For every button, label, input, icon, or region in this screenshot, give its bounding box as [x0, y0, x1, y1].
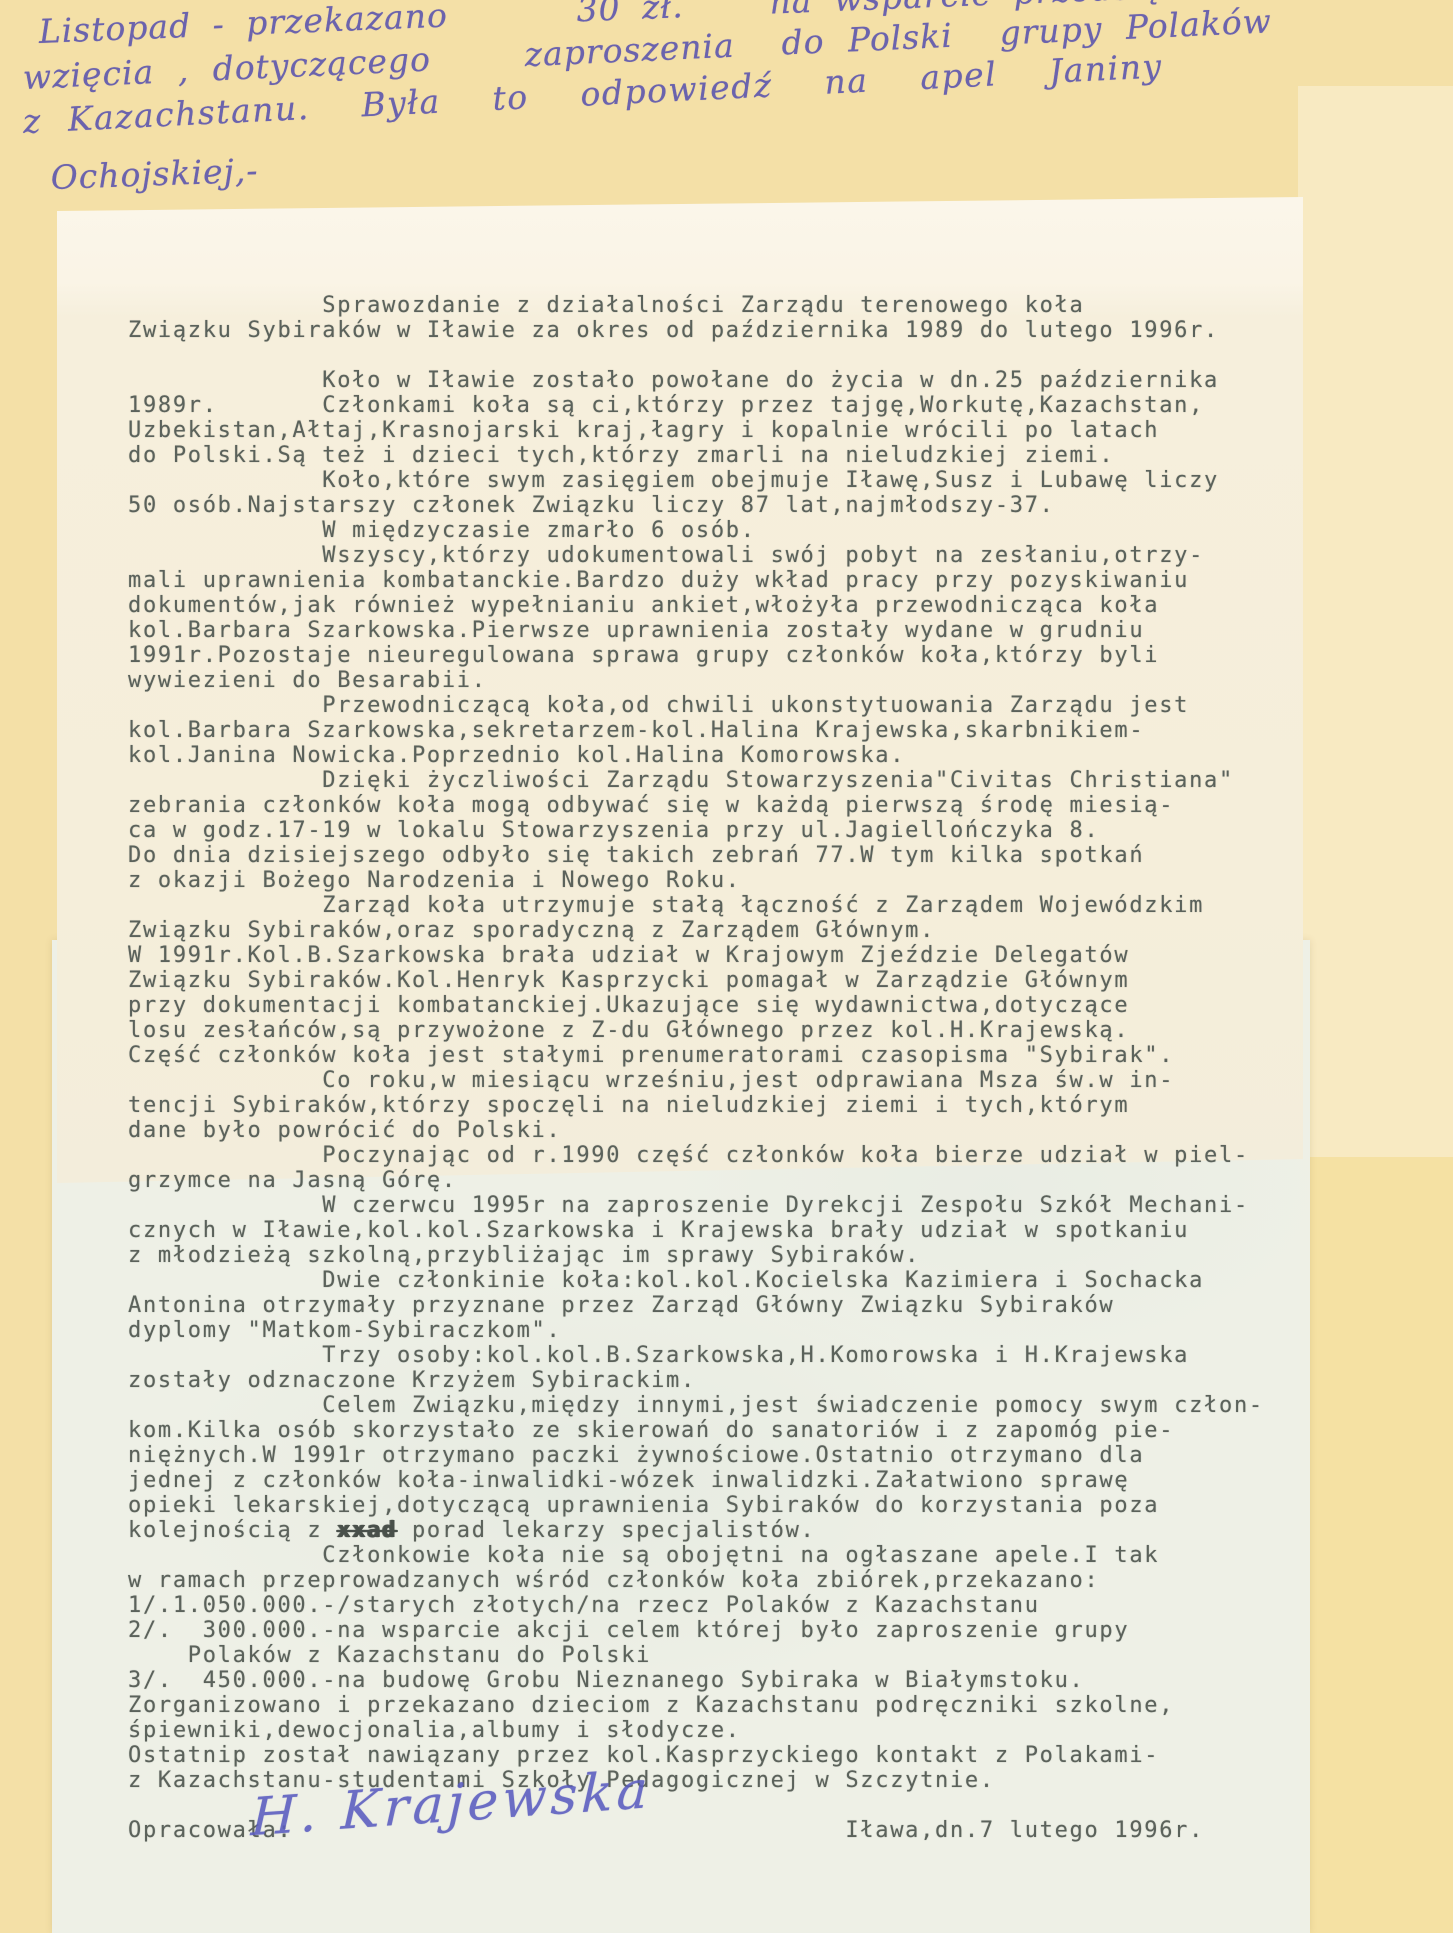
scanned-document-page: Sprawozdanie z działalności Zarządu tere…: [0, 0, 1453, 1933]
handwritten-annotation-line-4: Ochojskiej,-: [50, 151, 259, 197]
background-tan-patch-upper: [1298, 86, 1453, 1157]
typed-report-text: Sprawozdanie z działalności Zarządu tere…: [128, 293, 1264, 1843]
typewriter-overstrike-correction: xxad: [337, 1518, 397, 1543]
background-tan-patch-lower: [1310, 1157, 1453, 1933]
